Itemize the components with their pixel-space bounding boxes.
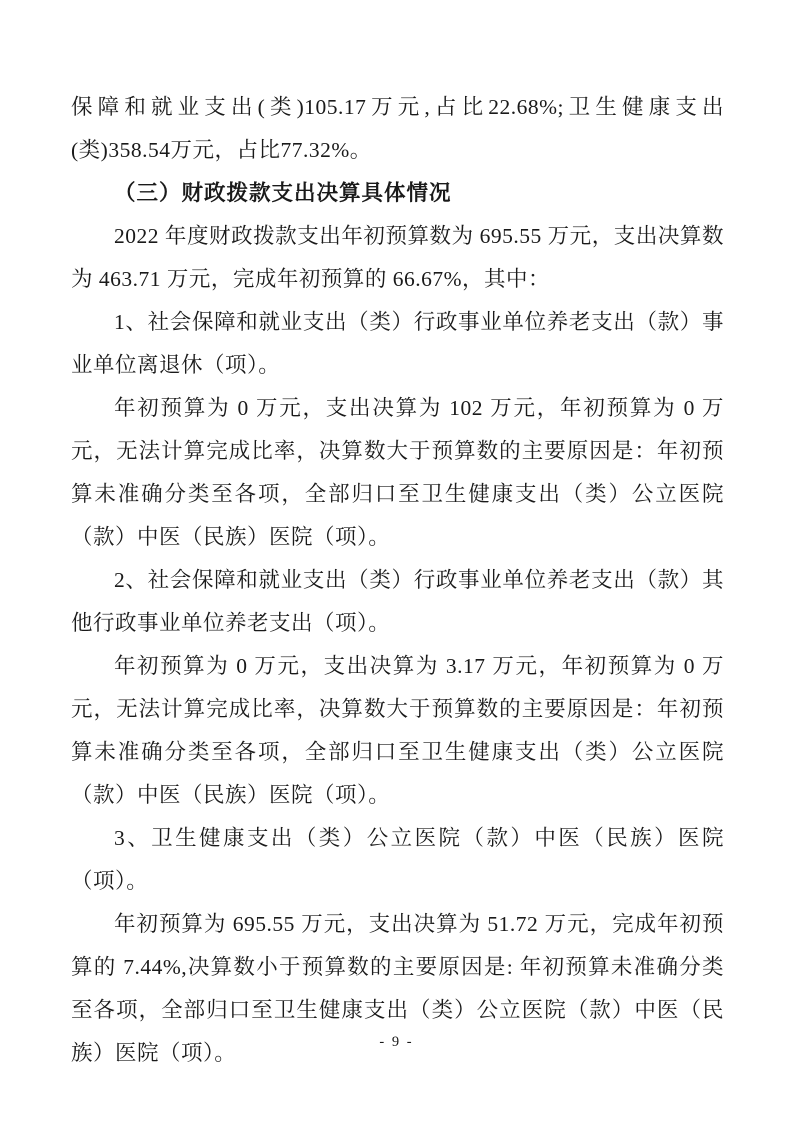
paragraph-budget-summary: 2022 年度财政拨款支出年初预算数为 695.55 万元，支出决算数为 463…: [71, 215, 724, 301]
paragraph-item-2-title: 2、社会保障和就业支出（类）行政事业单位养老支出（款）其他行政事业单位养老支出（…: [71, 559, 724, 645]
page-number: - 9 -: [0, 1032, 793, 1052]
paragraph-item-2-detail: 年初预算为 0 万元，支出决算为 3.17 万元，年初预算为 0 万元，无法计算…: [71, 645, 724, 817]
paragraph-item-1-title: 1、社会保障和就业支出（类）行政事业单位养老支出（款）事业单位离退休（项）。: [71, 301, 724, 387]
section-heading: （三）财政拨款支出决算具体情况: [71, 172, 724, 215]
document-body: 保障和就业支出(类)105.17万元,占比22.68%;卫生健康支出(类)358…: [71, 86, 724, 1075]
document-page: 保障和就业支出(类)105.17万元,占比22.68%;卫生健康支出(类)358…: [0, 0, 793, 1122]
paragraph-overflow-fiscal-expenditure-shares: 保障和就业支出(类)105.17万元,占比22.68%;卫生健康支出(类)358…: [71, 86, 724, 172]
paragraph-item-1-detail: 年初预算为 0 万元，支出决算为 102 万元，年初预算为 0 万元，无法计算完…: [71, 387, 724, 559]
paragraph-item-3-title: 3、卫生健康支出（类）公立医院（款）中医（民族）医院（项）。: [71, 817, 724, 903]
